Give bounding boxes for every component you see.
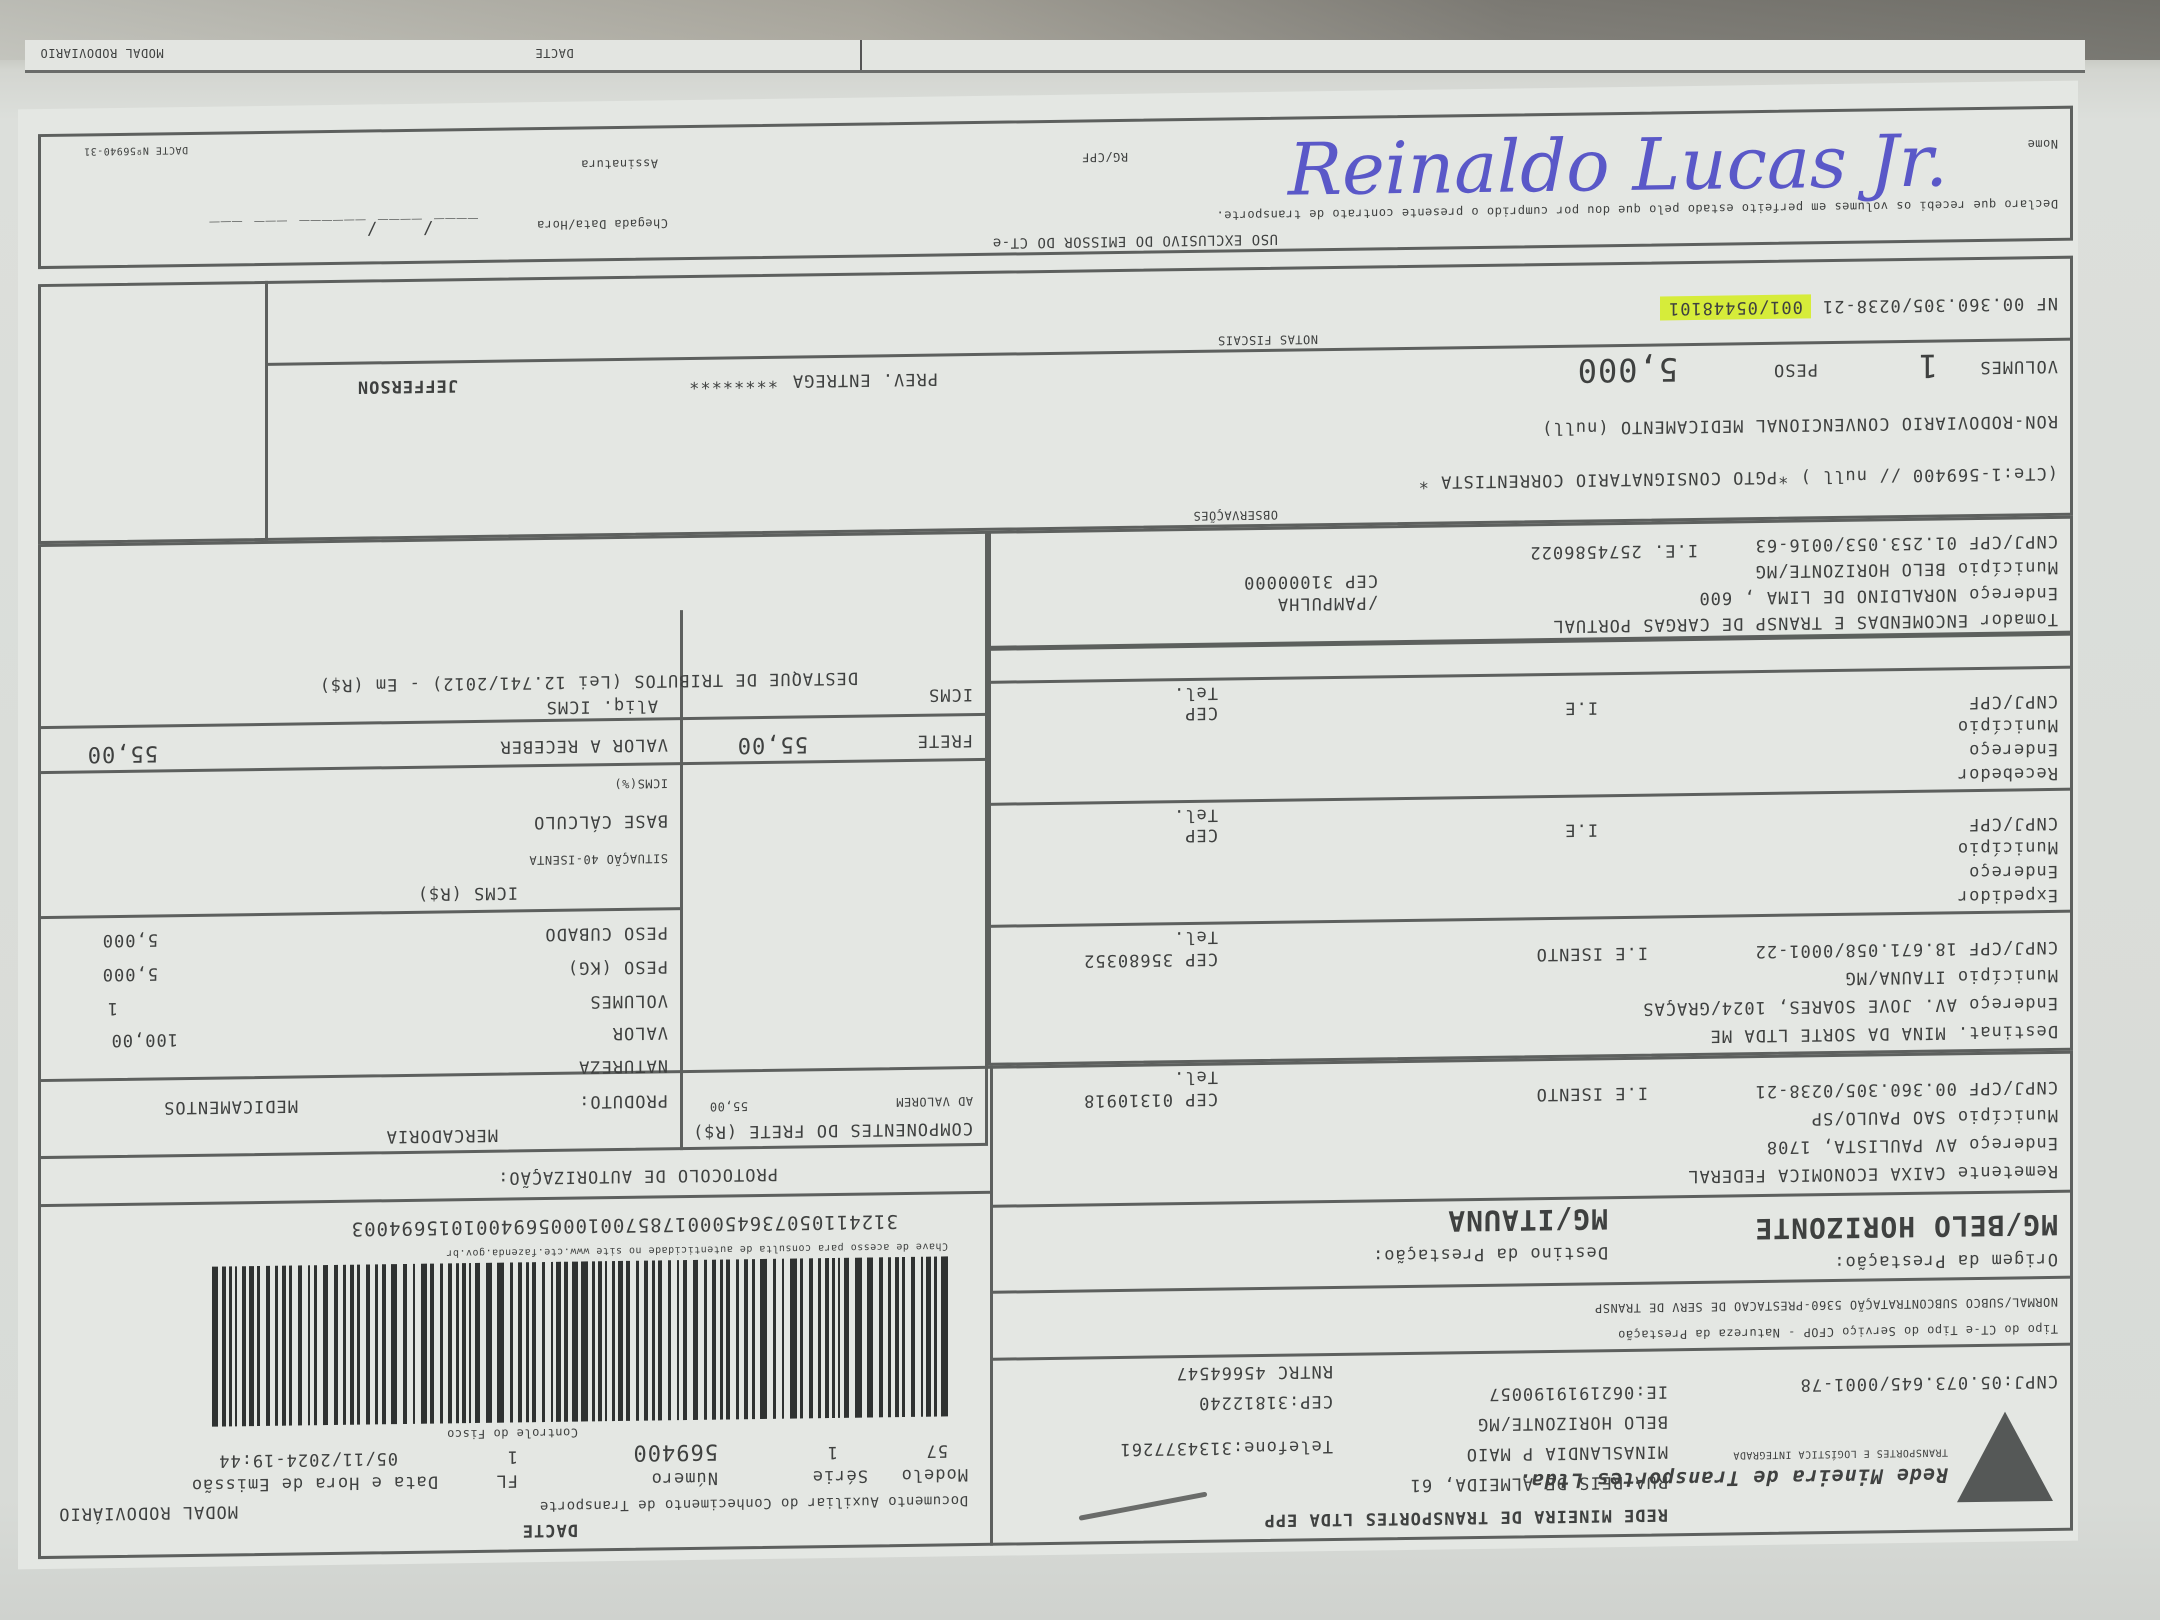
- observacoes-header: OBSERVAÇÕES: [1193, 508, 1278, 523]
- barcode-bar: [324, 1265, 329, 1425]
- barcode-bar: [367, 1264, 371, 1424]
- barcode-bar: [713, 1260, 717, 1420]
- tomador-cnpj-row: CNPJ/CPF 01.253.053/0016-63: [1755, 531, 2058, 555]
- divider: [265, 281, 268, 541]
- barcode-bar: [693, 1260, 698, 1420]
- barcode-bar: [839, 1258, 841, 1418]
- barcode-bar: [314, 1265, 318, 1425]
- dacte-title: DACTE: [522, 1520, 578, 1541]
- expedidor-ie-label: I.E: [1564, 819, 1598, 839]
- barcode-bar: [236, 1266, 238, 1426]
- emitente-phone: Telefone:3134377261: [1120, 1436, 1333, 1459]
- barcode-bar: [519, 1262, 523, 1422]
- peso-cubado-label: PESO CUBADO: [544, 922, 668, 944]
- barcode-bar: [552, 1262, 554, 1422]
- emitente-cnpj: CNPJ:05.073.645/0001-78: [1800, 1371, 2058, 1395]
- barcode-bar: [223, 1266, 227, 1426]
- aliq-icms-label: Aliq. ICMS: [546, 695, 658, 717]
- barcode-bar: [727, 1259, 731, 1419]
- remetente-cep-row: CEP 01310918: [1083, 1089, 1218, 1111]
- barcode-bar: [469, 1263, 471, 1423]
- barcode-bar: [800, 1258, 804, 1418]
- label: I.E.: [1653, 540, 1698, 561]
- barcode-bar: [257, 1266, 261, 1426]
- barcode-bar: [888, 1257, 892, 1417]
- barcode-bar: [542, 1262, 546, 1422]
- mercadoria-header: MERCADORIA: [386, 1125, 498, 1147]
- barcode-bar: [745, 1259, 749, 1419]
- barcode-bar: [357, 1265, 361, 1425]
- barcode-bar: [902, 1257, 906, 1417]
- dacte-document: Rede Mineira de Transportes Ltda. TRANSP…: [18, 95, 2078, 1555]
- barcode-bar: [335, 1265, 339, 1425]
- destino-value: MG/ITAUNA: [1447, 1202, 1608, 1237]
- barcode-bar: [486, 1263, 493, 1423]
- barcode-bar: [652, 1260, 656, 1420]
- nota-highlighted: 001/05448101: [1660, 294, 1811, 320]
- data-hora-value: 05/11/2024-19:44: [218, 1448, 398, 1471]
- peso-value: 5,000: [102, 963, 158, 984]
- volumes-label: VOLUMES: [589, 990, 668, 1011]
- barcode-bar: [684, 1260, 688, 1420]
- valor-receber-label: VALOR A RECEBER: [499, 734, 668, 756]
- label: Município: [1957, 965, 2058, 986]
- tomador-ie: 2574586022: [1529, 541, 1641, 563]
- barcode-bar: [921, 1257, 923, 1417]
- expedidor-address-label: Endereço: [1968, 861, 2058, 882]
- emitente-district: MINASLANDIA P MAIO: [1466, 1441, 1668, 1464]
- barcode-bar: [592, 1261, 596, 1421]
- barcode-bar: [761, 1259, 768, 1419]
- remetente-address-row: Endereço AV PAULISTA, 1708: [1766, 1133, 2058, 1157]
- barcode-bar: [229, 1266, 233, 1426]
- barcode-bar: [752, 1259, 756, 1419]
- assinatura-label: Assinatura: [581, 156, 658, 171]
- destinatario-cnpj-row: CNPJ/CPF 18.671.058/0001-22: [1755, 937, 2058, 961]
- componentes-header: COMPONENTES DO FRETE (R$): [692, 1118, 973, 1142]
- prev-sheet-dacte: DACTE: [535, 46, 574, 60]
- barcode-bar: [299, 1265, 303, 1425]
- emitente-cep: CEP:31812240: [1198, 1391, 1333, 1413]
- label: CNPJ/CPF: [1968, 937, 2058, 958]
- barcode-bar: [475, 1263, 480, 1423]
- barcode-bar: [783, 1259, 785, 1419]
- expedidor-label: Expedidor: [1957, 885, 2058, 906]
- barcode-bar: [421, 1264, 428, 1424]
- barcode-bar: [449, 1263, 453, 1423]
- signature: Reinaldo Lucas Jr.: [1288, 118, 1948, 211]
- nota-prefix: NF 00.360.305/0238-21: [1822, 293, 2058, 316]
- rg-label: RG/CPF: [1082, 150, 1128, 165]
- expedidor-cnpj-label: CNPJ/CPF: [1968, 813, 2058, 834]
- barcode-bar: [720, 1260, 724, 1420]
- remetente-ie-row: I.E ISENTO: [1536, 1083, 1648, 1105]
- barcode-bar: [912, 1257, 916, 1417]
- recebedor-cep-label: CEP: [1184, 703, 1218, 723]
- destinatario-ie-row: I.E ISENTO: [1536, 943, 1648, 965]
- emitente-city: BELO HORIZONTE/MG: [1477, 1411, 1668, 1434]
- dacte-modal: MODAL RODOVIÁRIO: [58, 1501, 238, 1524]
- numero-value: 569400: [633, 1439, 718, 1465]
- barcode-bar: [510, 1262, 514, 1422]
- barcode-bar: [826, 1258, 830, 1418]
- barcode-bar: [572, 1262, 579, 1422]
- destinatario-cep-row: CEP 35680352: [1083, 949, 1218, 971]
- barcode-bar: [404, 1264, 408, 1424]
- divider: [860, 40, 862, 70]
- label: Município: [1957, 1105, 2058, 1126]
- label: Endereço: [1968, 583, 2058, 604]
- tomador-cep-row: CEP 31000000: [1243, 570, 1378, 592]
- barcode-bar: [375, 1264, 379, 1424]
- barcode-bar: [926, 1257, 931, 1417]
- divider: [680, 610, 683, 1150]
- barcode-bar: [942, 1256, 949, 1416]
- chegada-field[interactable]: ____/____/______ ___ ___: [208, 217, 478, 241]
- modelo-label: Modelo: [901, 1464, 968, 1485]
- notas-header: NOTAS FISCAIS: [1218, 332, 1318, 347]
- icms-base: BASE CÁLCULO: [533, 810, 668, 832]
- barcode-bar: [934, 1257, 938, 1417]
- peso-cubado-value: 5,000: [102, 929, 158, 950]
- barcode: [188, 1256, 948, 1427]
- produto-value: MEDICAMENTOS: [163, 1095, 298, 1117]
- dacte-numero-label: DACTE Nº56940-31: [84, 144, 188, 156]
- label: CEP: [1344, 570, 1378, 590]
- peso-obs-label: PESO: [1773, 359, 1818, 380]
- prev-entrega-value: ********: [688, 371, 778, 392]
- label: I.E: [1614, 943, 1648, 963]
- barcode-bar: [498, 1263, 505, 1423]
- destinatario-city: ITAUNA/MG: [1845, 966, 1946, 987]
- produto-label: PRODUTO:: [578, 1090, 668, 1111]
- prev-entrega-label: PREV. ENTREGA: [792, 369, 938, 391]
- numero-label: Número: [651, 1468, 718, 1489]
- barcode-bar: [773, 1259, 777, 1419]
- destinatario-tel: Tel.: [1173, 927, 1218, 948]
- expedidor-tel: Tel.: [1173, 805, 1218, 826]
- valor-value: 100,00: [111, 1029, 178, 1050]
- origem-value: MG/BELO HORIZONTE: [1754, 1208, 2058, 1245]
- divider: [990, 1066, 993, 1546]
- barcode-bar: [856, 1258, 863, 1418]
- barcode-bar: [440, 1263, 444, 1423]
- remetente-cnpj-row: CNPJ/CPF 00.360.305/0238-21: [1755, 1077, 2058, 1101]
- label: Endereço: [1968, 1133, 2058, 1154]
- barcode-bar: [612, 1261, 616, 1421]
- prev-sheet-modal: MODAL RODOVIARIO: [40, 46, 164, 60]
- barcode-bar: [463, 1263, 467, 1423]
- barcode-bar: [391, 1264, 398, 1424]
- barcode-bar: [678, 1260, 680, 1420]
- componente-value: 55,00: [709, 1099, 748, 1114]
- previous-sheet-edge: MODAL RODOVIARIO DACTE: [25, 40, 2085, 73]
- barcode-bar: [736, 1259, 740, 1419]
- remetente-tel: Tel.: [1173, 1067, 1218, 1088]
- tributos-icms-label: ICMS: [928, 684, 973, 705]
- remetente-city-row: Município SAO PAULO/SP: [1811, 1105, 2058, 1128]
- label: Município: [1957, 557, 2058, 578]
- tomador-ie-row: I.E. 2574586022: [1529, 540, 1698, 562]
- remetente-label-text: Remetente: [1957, 1161, 2058, 1182]
- barcode-bar: [526, 1262, 530, 1422]
- destinatario-cep: 35680352: [1083, 949, 1173, 970]
- barcode-bar: [845, 1258, 850, 1418]
- barcode-bar: [456, 1263, 460, 1423]
- barcode-bar: [582, 1261, 589, 1421]
- emitente-rntrc: RNTRC 45664547: [1176, 1361, 1333, 1383]
- responsavel: JEFFERSON: [357, 375, 458, 396]
- barcode-bar: [249, 1266, 254, 1426]
- label: Destinat.: [1957, 1021, 2058, 1042]
- recebedor-tel: Tel.: [1173, 683, 1218, 704]
- barcode-bar: [704, 1260, 708, 1420]
- barcode-bar: [867, 1257, 874, 1417]
- barcode-bar: [557, 1262, 562, 1422]
- frete-value: 55,00: [737, 731, 808, 757]
- remetente-name: CAIXA ECONOMICA FEDERAL: [1687, 1162, 1945, 1186]
- fl-value: 1: [507, 1446, 518, 1466]
- barcode-bar: [668, 1260, 672, 1420]
- tomador-cep: 31000000: [1243, 571, 1333, 592]
- destinatario-name: MINA DA SORTE LTDA ME: [1710, 1022, 1946, 1045]
- barcode-bar: [283, 1266, 287, 1426]
- barcode-bar: [413, 1264, 415, 1424]
- emitente-address: RUA REIS DE ALMEIDA, 61: [1410, 1471, 1668, 1495]
- componente-name: AD VALOREM: [896, 1094, 973, 1109]
- remetente-cnpj: 00.360.305/0238-21: [1755, 1078, 1957, 1101]
- icms-header: ICMS (R$): [417, 882, 518, 903]
- barcode-bar: [289, 1266, 293, 1426]
- recebedor-city-label: Município: [1957, 715, 2058, 736]
- label: Tomador: [1979, 609, 2058, 630]
- recebedor-cnpj-label: CNPJ/CPF: [1968, 691, 2058, 712]
- barcode-bar: [619, 1261, 624, 1421]
- expedidor-cep-label: CEP: [1184, 825, 1218, 845]
- label: CEP: [1184, 949, 1218, 969]
- chegada-label: Chegada Data/Hora: [537, 216, 668, 232]
- natureza-label: NATUREZA: [578, 1055, 668, 1076]
- serie-value: 1: [827, 1442, 838, 1462]
- label: Endereço: [1968, 993, 2058, 1014]
- tomador-district: /PAMPULHA: [1277, 592, 1378, 613]
- barcode-bar: [832, 1258, 836, 1418]
- barcode-bar: [308, 1265, 310, 1425]
- barcode-bar: [565, 1262, 569, 1422]
- barcode-bar: [267, 1266, 271, 1426]
- barcode-bar: [627, 1261, 631, 1421]
- destino-label: Destino da Prestação:: [1372, 1242, 1608, 1265]
- serie-label: Série: [812, 1466, 868, 1487]
- data-hora-label: Data e Hora de Emissão: [191, 1472, 438, 1495]
- dacte-sheet: Rede Mineira de Transportes Ltda. TRANSP…: [18, 81, 2078, 1570]
- icms-situacao: SITUAÇÃO 40-ISENTA: [529, 851, 668, 867]
- fl-label: FL: [496, 1470, 518, 1490]
- barcode-bar: [431, 1264, 435, 1424]
- barcode-bar: [605, 1261, 607, 1421]
- label: I.E: [1614, 1083, 1648, 1103]
- company-logo-icon: [1957, 1411, 2053, 1502]
- recebedor-ie-label: I.E: [1564, 697, 1598, 717]
- barcode-bar: [533, 1262, 537, 1422]
- remetente-city: SAO PAULO/SP: [1811, 1106, 1946, 1128]
- icms-percent: ICMS(%): [614, 776, 668, 791]
- recebedor-label: Recebedor: [1957, 763, 2058, 784]
- recebedor-address-label: Endereço: [1968, 739, 2058, 760]
- barcode-bar: [599, 1261, 603, 1421]
- label: CNPJ/CPF: [1968, 1077, 2058, 1098]
- barcode-bar: [810, 1258, 814, 1418]
- barcode-bar: [659, 1260, 663, 1420]
- emitente-ie: IE:0621919190057: [1488, 1381, 1668, 1404]
- origem-label: Origem da Prestação:: [1833, 1249, 2058, 1272]
- barcode-bar: [791, 1259, 798, 1419]
- remetente-address: AV PAULISTA, 1708: [1766, 1134, 1957, 1157]
- volumes-value: 1: [107, 998, 118, 1018]
- valor-receber-value: 55,00: [87, 740, 158, 766]
- barcode-bar: [343, 1265, 347, 1425]
- frete-label: FRETE: [917, 730, 973, 751]
- remetente-ie: ISENTO: [1536, 1083, 1603, 1104]
- barcode-bar: [275, 1266, 279, 1426]
- barcode-bar: [212, 1267, 219, 1427]
- barcode-bar: [351, 1265, 355, 1425]
- remetente-cep: 01310918: [1083, 1089, 1173, 1110]
- protocolo-label: PROTOCOLO DE AUTORIZAÇÃO:: [497, 1164, 778, 1188]
- modelo-value: 57: [926, 1440, 948, 1460]
- label: CEP: [1184, 1089, 1218, 1109]
- volumes-obs-value: 1: [1918, 347, 1938, 385]
- destinatario-ie: ISENTO: [1536, 943, 1603, 964]
- volumes-obs-label: VOLUMES: [1979, 356, 2058, 377]
- barcode-bar: [636, 1261, 640, 1421]
- tomador-city-row: Município BELO HORIZONTE/MG: [1755, 557, 2058, 581]
- peso-label: PESO (KG): [567, 956, 668, 977]
- destinatario-city-row: Município ITAUNA/MG: [1845, 965, 2059, 988]
- controle-fisco-label: Controle do Fisco: [447, 1426, 578, 1442]
- destinatario-cnpj: 18.671.058/0001-22: [1755, 938, 1957, 961]
- expedidor-city-label: Município: [1957, 837, 2058, 858]
- barcode-bar: [383, 1264, 387, 1424]
- nome-label: Nome: [2027, 137, 2058, 151]
- valor-label: VALOR: [612, 1022, 668, 1043]
- barcode-bar: [880, 1257, 884, 1417]
- tomador-cnpj: 01.253.053/0016-63: [1755, 532, 1957, 555]
- barcode-bar: [243, 1266, 247, 1426]
- tomador-city: BELO HORIZONTE/MG: [1755, 558, 1946, 581]
- barcode-bar: [818, 1258, 822, 1418]
- label: CNPJ/CPF: [1968, 531, 2058, 552]
- barcode-bar: [645, 1261, 649, 1421]
- tomador-address: NORALDINO DE LIMA , 600: [1698, 584, 1956, 608]
- peso-obs-value: 5,000: [1577, 350, 1678, 389]
- barcode-bar: [896, 1257, 900, 1417]
- cargo-frame: [38, 531, 988, 1159]
